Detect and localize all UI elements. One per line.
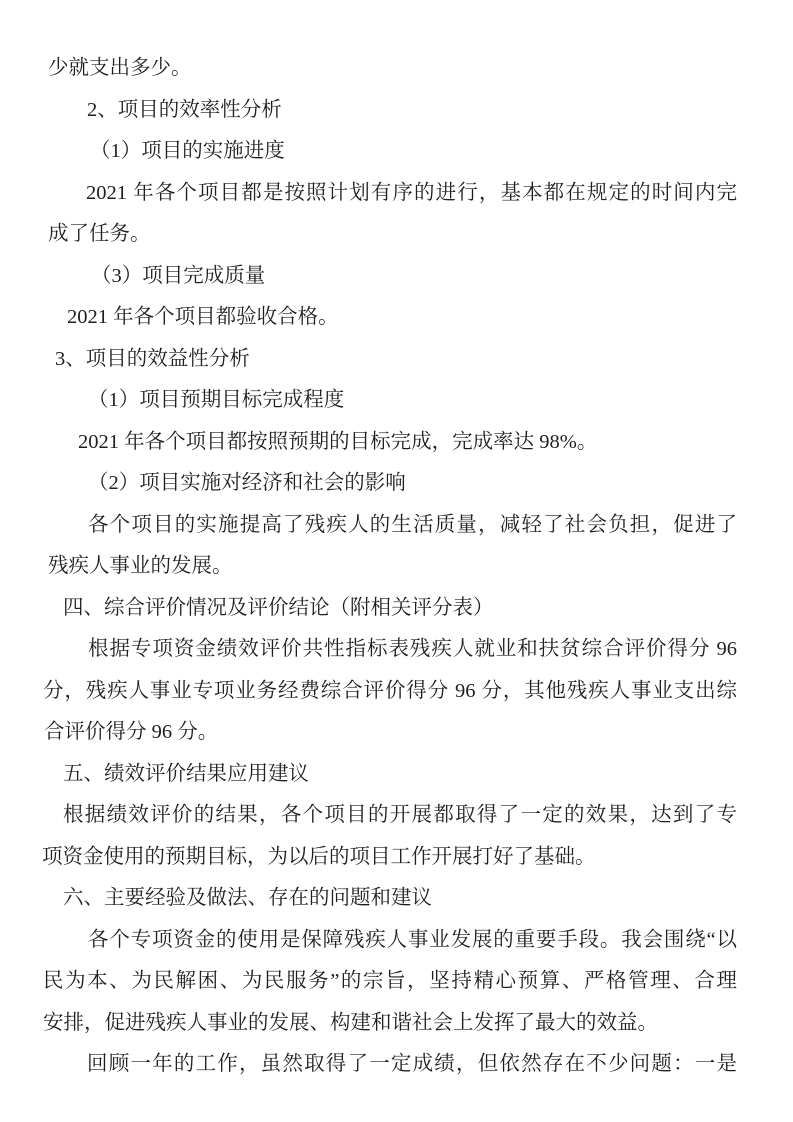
- text-line: 2021 年各个项目都验收合格。: [42, 297, 737, 339]
- text-line: 六、主要经验及做法、存在的问题和建议: [42, 878, 737, 920]
- text-line: （1）项目的实施进度: [42, 131, 737, 173]
- document-page: 少就支出多少。2、项目的效率性分析（1）项目的实施进度2021 年各个项目都是按…: [0, 0, 793, 1122]
- text-line: 少就支出多少。: [42, 48, 737, 90]
- text-line: 2、项目的效率性分析: [42, 90, 737, 132]
- text-line: 合评价得分 96 分。: [42, 712, 737, 754]
- text-line: 各个专项资金的使用是保障残疾人事业发展的重要手段。我会围绕“以: [42, 920, 737, 962]
- text-line: 分，残疾人事业专项业务经费综合评价得分 96 分，其他残疾人事业支出综: [42, 671, 737, 713]
- text-line: 成了任务。: [42, 214, 737, 256]
- text-line: 根据绩效评价的结果，各个项目的开展都取得了一定的效果，达到了专: [42, 795, 737, 837]
- text-line: 四、综合评价情况及评价结论（附相关评分表）: [42, 588, 737, 630]
- text-line: （3）项目完成质量: [42, 256, 737, 298]
- text-line: 回顾一年的工作，虽然取得了一定成绩，但依然存在不少问题：一是: [42, 1044, 737, 1086]
- text-line: 根据专项资金绩效评价共性指标表残疾人就业和扶贫综合评价得分 96: [42, 629, 737, 671]
- text-line: 项资金使用的预期目标，为以后的项目工作开展打好了基础。: [42, 837, 737, 879]
- text-line: （2）项目实施对经济和社会的影响: [42, 463, 737, 505]
- text-line: 安排，促进残疾人事业的发展、构建和谐社会上发挥了最大的效益。: [42, 1003, 737, 1045]
- text-line: 2021 年各个项目都是按照计划有序的进行，基本都在规定的时间内完: [42, 173, 737, 215]
- text-line: 2021 年各个项目都按照预期的目标完成，完成率达 98%。: [42, 422, 737, 464]
- text-line: 残疾人事业的发展。: [42, 546, 737, 588]
- text-line: （1）项目预期目标完成程度: [42, 380, 737, 422]
- document-text: 少就支出多少。2、项目的效率性分析（1）项目的实施进度2021 年各个项目都是按…: [42, 48, 737, 1086]
- text-line: 民为本、为民解困、为民服务”的宗旨，坚持精心预算、严格管理、合理: [42, 961, 737, 1003]
- text-line: 各个项目的实施提高了残疾人的生活质量，减轻了社会负担，促进了: [42, 505, 737, 547]
- text-line: 五、绩效评价结果应用建议: [42, 754, 737, 796]
- text-line: 3、项目的效益性分析: [42, 339, 737, 381]
